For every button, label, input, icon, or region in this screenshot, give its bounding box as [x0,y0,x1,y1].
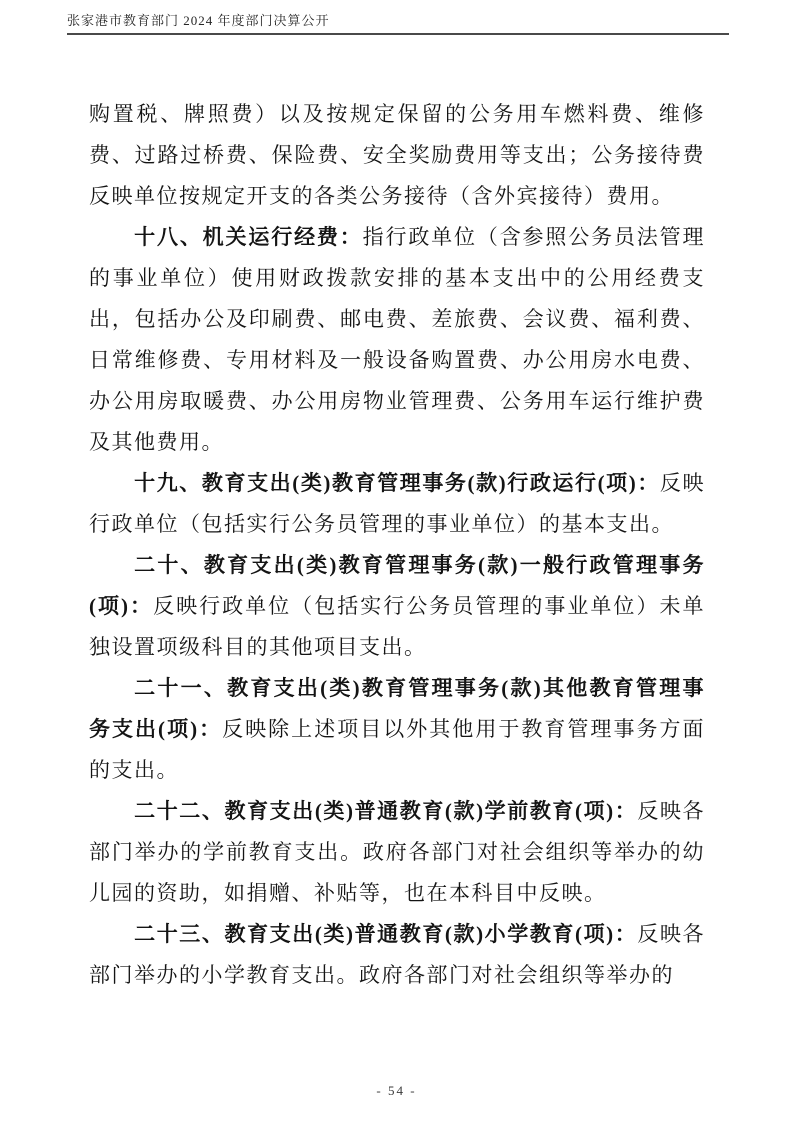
page-header: 张家港市教育部门 2024 年度部门决算公开 [67,10,729,35]
paragraph-lead: 十九、教育支出(类)教育管理事务(款)行政运行(项)： [134,471,660,495]
paragraph-text: 指行政单位（含参照公务员法管理的事业单位）使用财政拨款安排的基本支出中的公用经费… [89,225,705,454]
document-page: 张家港市教育部门 2024 年度部门决算公开 购置税、牌照费）以及按规定保留的公… [0,0,793,1122]
paragraph-item-21: 二十一、教育支出(类)教育管理事务(款)其他教育管理事务支出(项)：反映除上述项… [89,668,705,791]
paragraph-text: 购置税、牌照费）以及按规定保留的公务用车燃料费、维修费、过路过桥费、保险费、安全… [89,102,705,208]
paragraph-item-18: 十八、机关运行经费：指行政单位（含参照公务员法管理的事业单位）使用财政拨款安排的… [89,217,705,463]
paragraph-lead: 二十二、教育支出(类)普通教育(款)学前教育(项)： [134,799,637,823]
page-number: - 54 - [376,1083,416,1098]
paragraph-text: 反映行政单位（包括实行公务员管理的事业单位）未单独设置项级科目的其他项目支出。 [89,594,705,659]
paragraph-lead: 二十三、教育支出(类)普通教育(款)小学教育(项)： [134,922,637,946]
page-footer: - 54 - [0,1082,793,1100]
paragraph-item-23: 二十三、教育支出(类)普通教育(款)小学教育(项)：反映各部门举办的小学教育支出… [89,914,705,996]
header-divider [67,33,729,35]
header-title: 张家港市教育部门 2024 年度部门决算公开 [67,10,729,33]
paragraph-item-19: 十九、教育支出(类)教育管理事务(款)行政运行(项)：反映行政单位（包括实行公务… [89,463,705,545]
paragraph-lead: 十八、机关运行经费： [134,225,362,249]
paragraph-item-20: 二十、教育支出(类)教育管理事务(款)一般行政管理事务(项)：反映行政单位（包括… [89,545,705,668]
document-body: 购置税、牌照费）以及按规定保留的公务用车燃料费、维修费、过路过桥费、保险费、安全… [89,94,705,996]
paragraph-continuation: 购置税、牌照费）以及按规定保留的公务用车燃料费、维修费、过路过桥费、保险费、安全… [89,94,705,217]
paragraph-item-22: 二十二、教育支出(类)普通教育(款)学前教育(项)：反映各部门举办的学前教育支出… [89,791,705,914]
